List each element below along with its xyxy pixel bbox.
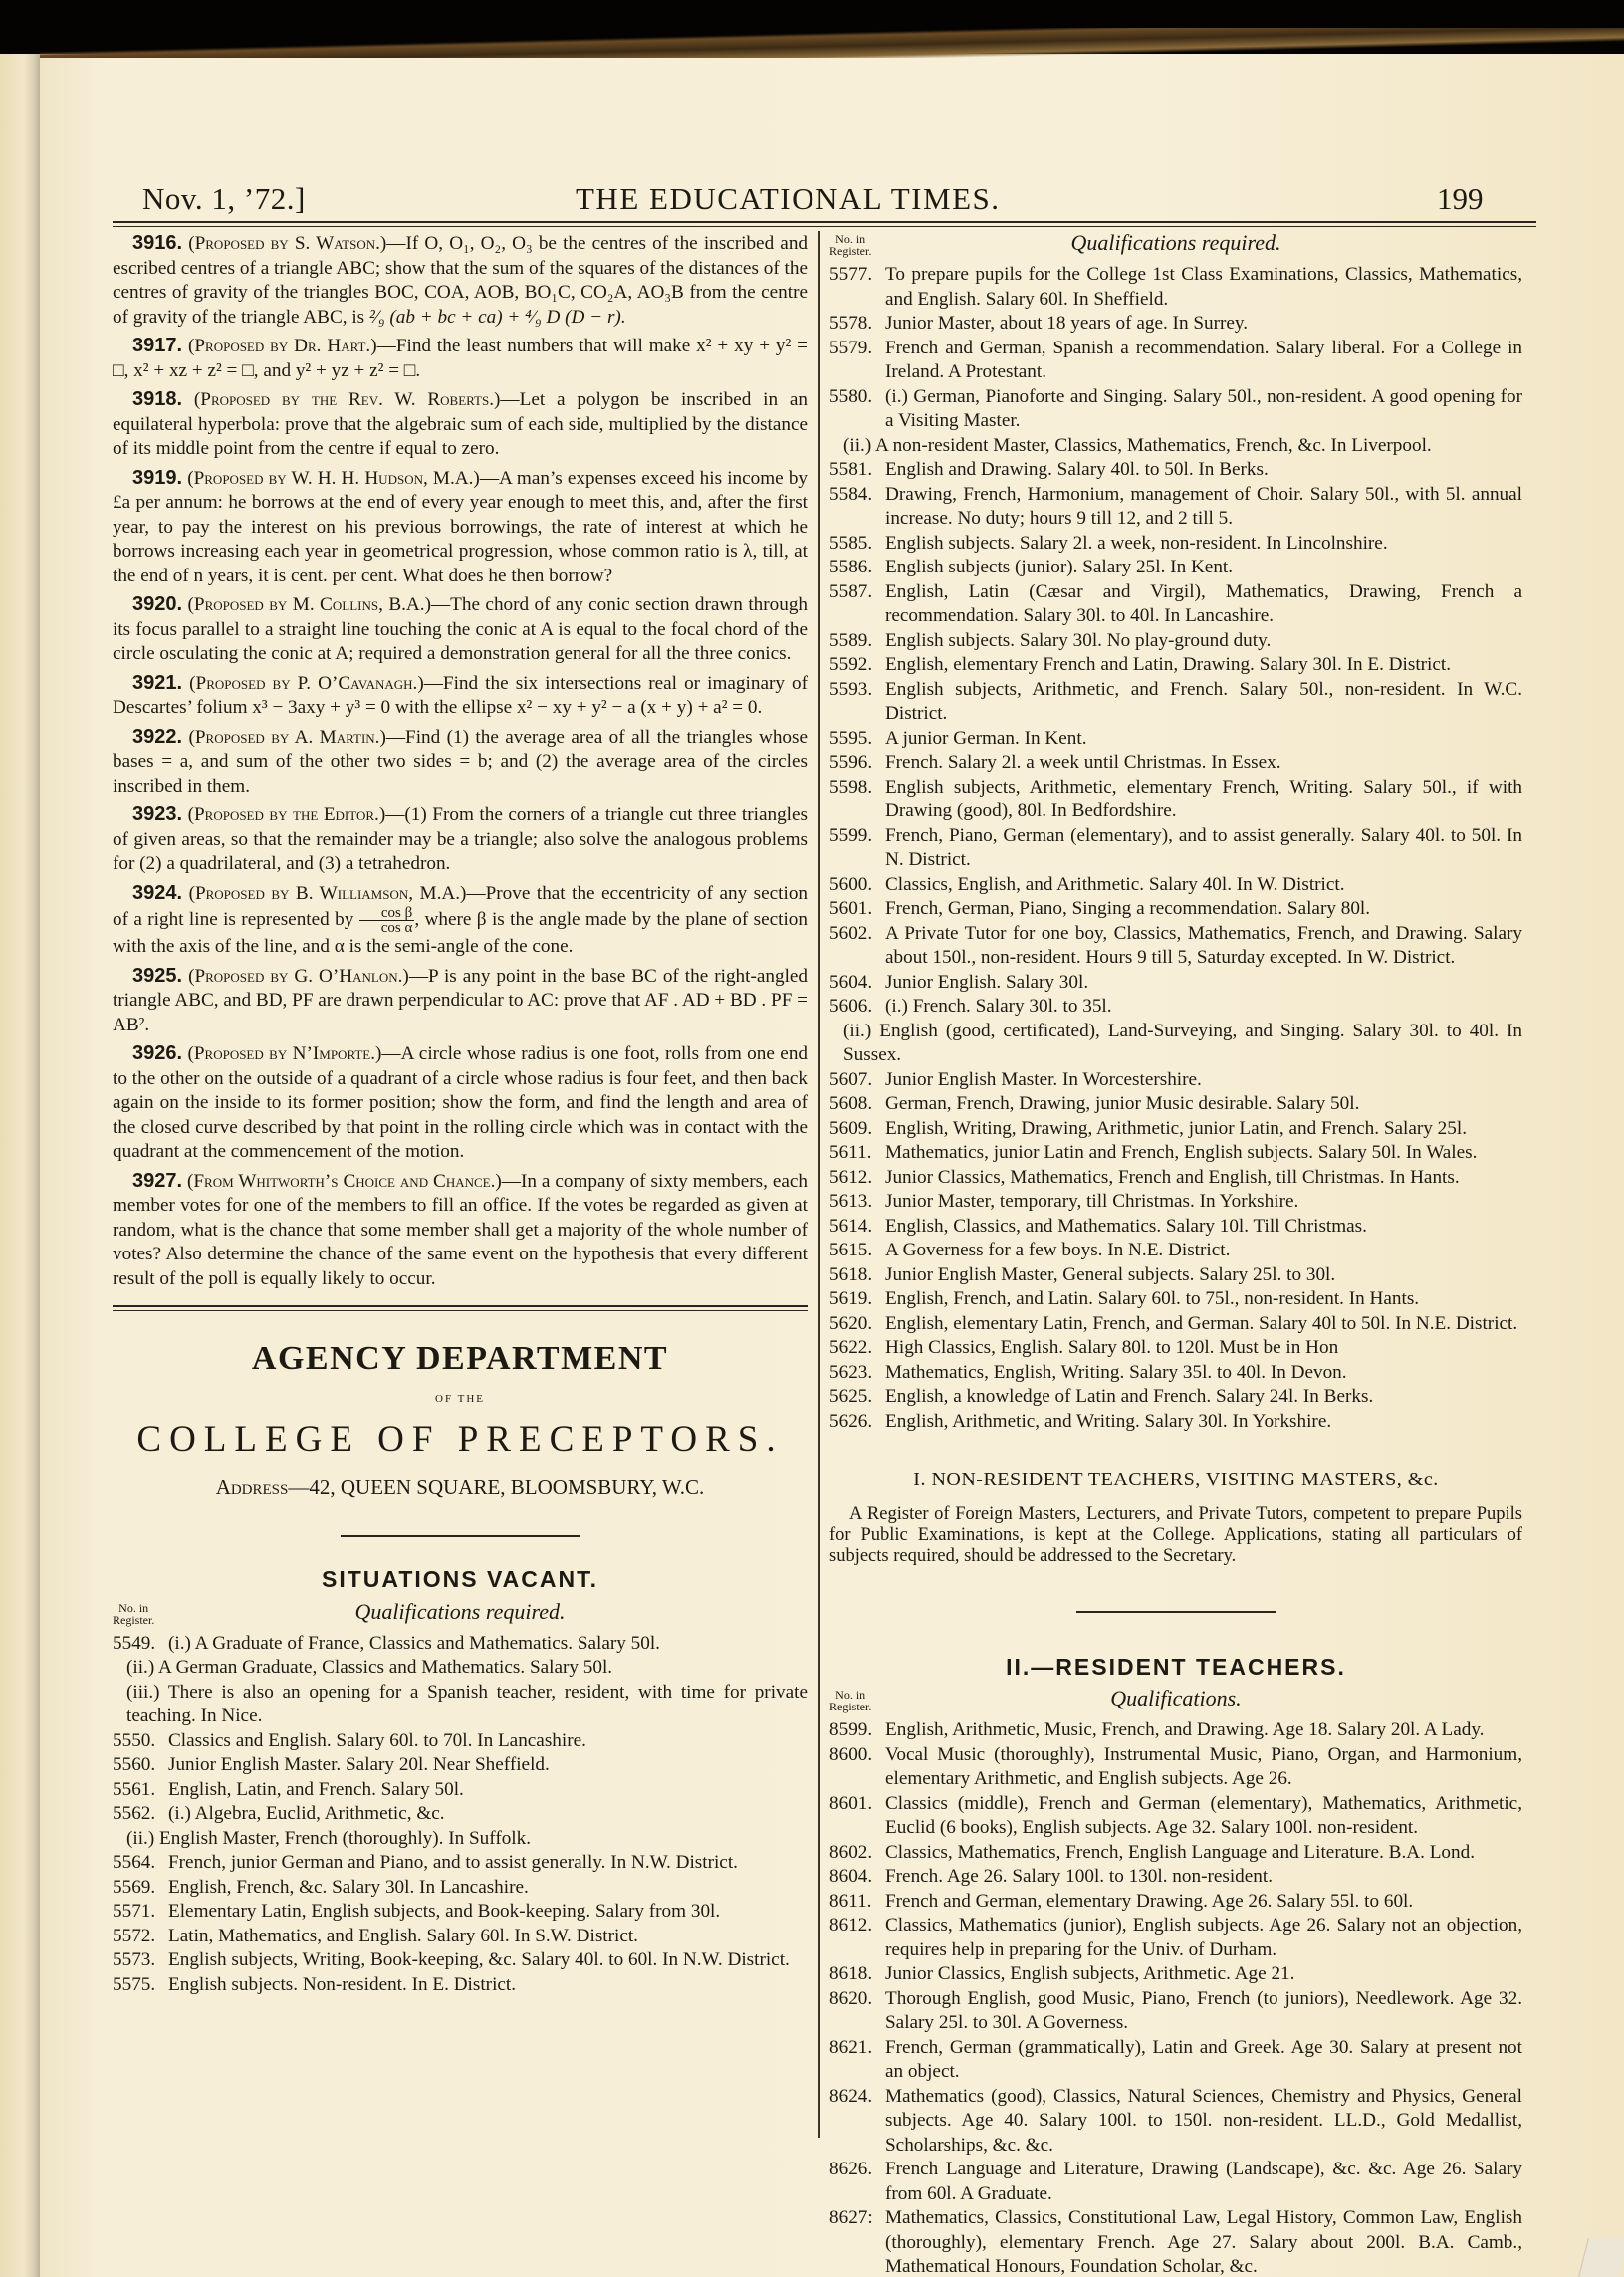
register-entry: 5592.English, elementary French and Lati…	[829, 653, 1522, 678]
register-number: 5601.	[829, 897, 872, 922]
entry-text: English, Writing, Drawing, Arithmetic, j…	[885, 1118, 1467, 1139]
entry-text: Elementary Latin, English subjects, and …	[168, 1901, 720, 1922]
register-entry: 5586.English subjects (junior). Salary 2…	[829, 556, 1522, 580]
register-entry: 8620.Thorough English, good Music, Piano…	[829, 1987, 1522, 2036]
entry-text: Junior English Master. In Worcestershire…	[885, 1069, 1202, 1090]
register-number: 5564.	[113, 1851, 155, 1876]
situations-list-left: 5549.(i.) A Graduate of France, Classics…	[113, 1632, 808, 1998]
register-entry: 5596.French. Salary 2l. a week until Chr…	[829, 751, 1522, 776]
problem-number: 3916.	[132, 232, 182, 254]
register-number: 5613.	[829, 1190, 872, 1215]
problem-number: 3917.	[132, 335, 182, 356]
register-entry: 5623.Mathematics, English, Writing. Sala…	[829, 1361, 1522, 1386]
fraction-denominator: cos α	[359, 921, 415, 935]
entry-text: Classics, Mathematics, French, English L…	[885, 1842, 1475, 1863]
issue-date: Nov. 1, ’72.]	[142, 181, 306, 217]
register-number: 5584.	[829, 483, 872, 508]
entry-text: English, elementary Latin, French, and G…	[885, 1313, 1517, 1334]
register-number: 5602.	[829, 922, 872, 947]
register-number: 8599.	[829, 1718, 872, 1743]
register-number: 5549.	[113, 1632, 155, 1657]
resident-teachers-heading: II.—RESIDENT TEACHERS.	[829, 1655, 1522, 1680]
problem-number: 3920.	[132, 593, 182, 615]
entry-text: Mathematics, junior Latin and French, En…	[885, 1142, 1477, 1163]
register-number: 5562.	[113, 1802, 155, 1827]
entry-text: A Private Tutor for one boy, Classics, M…	[885, 923, 1522, 969]
register-entry: 5608.German, French, Drawing, junior Mus…	[829, 1092, 1522, 1117]
register-entry: 5550.Classics and English. Salary 60l. t…	[113, 1729, 808, 1754]
register-entry: 5562.(i.) Algebra, Euclid, Arithmetic, &…	[113, 1802, 808, 1827]
entry-text: English, Latin (Cæsar and Virgil), Mathe…	[885, 581, 1522, 627]
register-entry: 5581.English and Drawing. Salary 40l. to…	[829, 458, 1522, 483]
entry-text: English, Latin, and French. Salary 50l.	[168, 1779, 464, 1800]
register-entry: 5577.To prepare pupils for the College 1…	[829, 263, 1522, 312]
entry-text: (i.) A Graduate of France, Classics and …	[168, 1633, 660, 1654]
register-entry: 5549.(i.) A Graduate of France, Classics…	[113, 1632, 808, 1657]
register-number: 8626.	[829, 2158, 872, 2182]
register-entry: 5572.Latin, Mathematics, and English. Sa…	[113, 1925, 808, 1949]
register-entry: 8601.Classics (middle), French and Germa…	[829, 1792, 1522, 1841]
problem-proposer: (Proposed by Dr. Hart.)	[188, 336, 377, 356]
entry-text: High Classics, English. Salary 80l. to 1…	[885, 1337, 1338, 1358]
entry-text: Mathematics (good), Classics, Natural Sc…	[885, 2086, 1522, 2156]
register-number: 5606.	[829, 995, 872, 1020]
entry-text: French, German, Piano, Singing a recomme…	[885, 898, 1370, 919]
entry-text: Junior Master, temporary, till Christmas…	[885, 1191, 1298, 1212]
register-number: 5560.	[113, 1753, 155, 1778]
register-number: 5561.	[113, 1778, 155, 1803]
register-number: 5577.	[829, 263, 872, 288]
register-entry: 5595.A junior German. In Kent.	[829, 727, 1522, 752]
problem-item: 3926. (Proposed by N’Importe.)—A circle …	[113, 1041, 808, 1165]
entry-text: (ii.) A non-resident Master, Classics, M…	[843, 435, 1432, 456]
formula-fraction: cos βcos α	[359, 906, 415, 935]
entry-text: Drawing, French, Harmonium, management o…	[885, 484, 1522, 530]
register-entry: (ii.) A non-resident Master, Classics, M…	[829, 434, 1522, 459]
problem-item: 3923. (Proposed by the Editor.)—(1) From…	[113, 802, 808, 877]
register-number: 5572.	[113, 1925, 155, 1949]
short-rule	[1076, 1611, 1276, 1613]
register-entry: (iii.) There is also an opening for a Sp…	[113, 1681, 808, 1729]
register-entry: 8612.Classics, Mathematics (junior), Eng…	[829, 1914, 1522, 1962]
register-number: 5612.	[829, 1166, 872, 1191]
entry-text: English, Classics, and Mathematics. Sala…	[885, 1216, 1367, 1237]
register-entry: 5604.Junior English. Salary 30l.	[829, 971, 1522, 996]
register-number: 8602.	[829, 1841, 872, 1866]
entry-text: English, Arithmetic, Music, French, and …	[885, 1719, 1484, 1740]
problem-number: 3923.	[132, 803, 182, 825]
problem-number: 3925.	[132, 965, 182, 987]
register-number: 8604.	[829, 1865, 872, 1890]
entry-text: English subjects. Non-resident. In E. Di…	[168, 1974, 516, 1995]
fraction-numerator: cos β	[359, 906, 415, 921]
register-number: 8611.	[829, 1890, 871, 1915]
problem-proposer: (Proposed by B. Williamson, M.A.)	[189, 883, 467, 904]
problem-item: 3922. (Proposed by A. Martin.)—Find (1) …	[113, 725, 808, 799]
entry-text: English, French, and Latin. Salary 60l. …	[885, 1288, 1419, 1309]
entry-text: English subjects. Salary 30l. No play-gr…	[885, 630, 1271, 651]
register-number: 8618.	[829, 1962, 872, 1987]
entry-text: (i.) Algebra, Euclid, Arithmetic, &c.	[168, 1803, 445, 1824]
problem-number: 3918.	[132, 388, 182, 410]
register-number: 5626.	[829, 1410, 872, 1435]
register-entry: 8621.French, German (grammatically), Lat…	[829, 2036, 1522, 2085]
entry-text: French and German, Spanish a recommendat…	[885, 338, 1522, 383]
register-number: 5609.	[829, 1117, 872, 1142]
non-resident-heading: I. NON-RESIDENT TEACHERS, VISITING MASTE…	[829, 1468, 1522, 1492]
entry-text: English, French, &c. Salary 30l. In Lanc…	[168, 1877, 529, 1898]
register-number: 5618.	[829, 1263, 872, 1288]
register-number: 5608.	[829, 1092, 872, 1117]
entry-text: A junior German. In Kent.	[885, 728, 1087, 749]
right-column: No. in Register. Qualifications required…	[829, 231, 1522, 2277]
problem-item: 3919. (Proposed by W. H. H. Hudson, M.A.…	[113, 466, 808, 589]
problem-item: 3918. (Proposed by the Rev. W. Roberts.)…	[113, 387, 808, 462]
register-entry: 8618.Junior Classics, English subjects, …	[829, 1962, 1522, 1987]
problem-item: 3921. (Proposed by P. O’Cavanagh.)—Find …	[113, 671, 808, 721]
register-number: 8600.	[829, 1743, 872, 1768]
problem-number: 3927.	[132, 1170, 182, 1192]
register-entry: 5579.French and German, Spanish a recomm…	[829, 337, 1522, 385]
register-entry: 8602.Classics, Mathematics, French, Engl…	[829, 1841, 1522, 1866]
register-entry: 5618.Junior English Master, General subj…	[829, 1263, 1522, 1288]
problem-item: 3924. (Proposed by B. Williamson, M.A.)—…	[113, 881, 808, 960]
register-number: 5599.	[829, 824, 872, 849]
register-number: 5550.	[113, 1729, 155, 1754]
register-entry: 5584.Drawing, French, Harmonium, managem…	[829, 483, 1522, 532]
non-resident-body: A Register of Foreign Masters, Lecturers…	[829, 1504, 1522, 1567]
register-number: 5619.	[829, 1287, 872, 1312]
entry-text: French Language and Literature, Drawing …	[885, 2159, 1522, 2204]
entry-text: English subjects, Arithmetic, and French…	[885, 679, 1522, 725]
register-number: 5575.	[113, 1973, 155, 1998]
register-entry: 5612.Junior Classics, Mathematics, Frenc…	[829, 1166, 1522, 1191]
entry-text: French, German (grammatically), Latin an…	[885, 2037, 1522, 2083]
register-number: 5625.	[829, 1385, 872, 1410]
register-entry: 5613.Junior Master, temporary, till Chri…	[829, 1190, 1522, 1215]
entry-text: Junior English Master, General subjects.…	[885, 1264, 1335, 1285]
problems-list: 3916. (Proposed by S. Watson.)—If O, O₁,…	[113, 231, 808, 1291]
register-number: 5581.	[829, 458, 872, 483]
register-number: 8621.	[829, 2036, 872, 2061]
column-divider	[818, 231, 820, 2138]
short-rule	[341, 1535, 580, 1537]
register-number: 5586.	[829, 556, 872, 580]
problem-proposer: (Proposed by N’Importe.)	[187, 1043, 381, 1064]
situations-list-right: 5577.To prepare pupils for the College 1…	[829, 263, 1522, 1434]
register-entry: 5587.English, Latin (Cæsar and Virgil), …	[829, 580, 1522, 629]
register-entry: 5600.Classics, English, and Arithmetic. …	[829, 873, 1522, 898]
register-number: 5593.	[829, 678, 872, 703]
entry-text: Junior English Master. Salary 20l. Near …	[168, 1754, 550, 1775]
register-number: 8624.	[829, 2085, 872, 2110]
problem-number: 3919.	[132, 467, 182, 489]
register-entry: 5619.English, French, and Latin. Salary …	[829, 1287, 1522, 1312]
problem-proposer: (Proposed by W. H. H. Hudson, M.A.)	[187, 468, 480, 489]
register-number: 5589.	[829, 629, 872, 654]
register-entry: 5606.(i.) French. Salary 30l. to 35l.	[829, 995, 1522, 1020]
problem-proposer: (Proposed by A. Martin.)	[188, 727, 385, 748]
problem-proposer: (Proposed by P. O’Cavanagh.)	[189, 673, 424, 694]
entry-text: French, Piano, German (elementary), and …	[885, 825, 1522, 871]
register-number: 5580.	[829, 385, 872, 410]
page-top-edge	[40, 28, 1624, 58]
problem-item: 3927. (From Whitworth’s Choice and Chanc…	[113, 1169, 808, 1292]
register-entry: 5626.English, Arithmetic, and Writing. S…	[829, 1410, 1522, 1435]
entry-text: German, French, Drawing, junior Music de…	[885, 1093, 1359, 1114]
problem-proposer: (Proposed by S. Watson.)	[188, 233, 386, 254]
register-number: 5623.	[829, 1361, 872, 1386]
problem-number: 3921.	[132, 672, 182, 694]
register-number: 8601.	[829, 1792, 872, 1817]
register-entry: 5614.English, Classics, and Mathematics.…	[829, 1215, 1522, 1240]
register-entry: 5589.English subjects. Salary 30l. No pl…	[829, 629, 1522, 654]
register-entry: 5561.English, Latin, and French. Salary …	[113, 1778, 808, 1803]
register-entry: 5569.English, French, &c. Salary 30l. In…	[113, 1876, 808, 1901]
register-entry: 8604.French. Age 26. Salary 100l. to 130…	[829, 1865, 1522, 1890]
register-number: 8612.	[829, 1914, 872, 1938]
register-entry: 5615.A Governess for a few boys. In N.E.…	[829, 1239, 1522, 1263]
register-number: 8627:	[829, 2206, 873, 2231]
entry-text: (ii.) A German Graduate, Classics and Ma…	[126, 1657, 612, 1678]
register-number: 5587.	[829, 580, 872, 605]
adjacent-page-edge	[0, 54, 40, 2277]
agency-title: AGENCY DEPARTMENT	[113, 1339, 808, 1379]
problem-proposer: (From Whitworth’s Choice and Chance.)	[187, 1171, 502, 1192]
register-entry: 5593.English subjects, Arithmetic, and F…	[829, 678, 1522, 727]
entry-text: French. Age 26. Salary 100l. to 130l. no…	[885, 1866, 1273, 1887]
register-entry: 5575.English subjects. Non-resident. In …	[113, 1973, 808, 1998]
entry-text: Thorough English, good Music, Piano, Fre…	[885, 1988, 1522, 2034]
entry-text: English, a knowledge of Latin and French…	[885, 1386, 1373, 1407]
register-entry: 8624.Mathematics (good), Classics, Natur…	[829, 2085, 1522, 2159]
register-number: 5585.	[829, 532, 872, 557]
resident-teachers-list: 8599.English, Arithmetic, Music, French,…	[829, 1718, 1522, 2277]
entry-text: Classics and English. Salary 60l. to 70l…	[168, 1730, 586, 1751]
problem-item: 3916. (Proposed by S. Watson.)—If O, O₁,…	[113, 231, 808, 330]
entry-text: Mathematics, English, Writing. Salary 35…	[885, 1362, 1347, 1383]
register-entry: 5609.English, Writing, Drawing, Arithmet…	[829, 1117, 1522, 1142]
entry-text: Latin, Mathematics, and English. Salary …	[168, 1926, 638, 1946]
situations-vacant-heading: SITUATIONS VACANT.	[113, 1567, 808, 1592]
register-entry: 5625.English, a knowledge of Latin and F…	[829, 1385, 1522, 1410]
entry-text: French. Salary 2l. a week until Christma…	[885, 752, 1281, 773]
register-entry: 5580.(i.) German, Pianoforte and Singing…	[829, 385, 1522, 434]
register-number: 5611.	[829, 1141, 871, 1166]
register-number: 5615.	[829, 1239, 872, 1263]
problem-number: 3924.	[132, 882, 182, 904]
entry-text: Junior English. Salary 30l.	[885, 972, 1088, 993]
register-entry: 5622.High Classics, English. Salary 80l.…	[829, 1336, 1522, 1361]
problem-proposer: (Proposed by G. O’Hanlon.)	[188, 966, 409, 987]
qualifications-label: Qualifications required.	[829, 231, 1522, 256]
register-entry: 5620.English, elementary Latin, French, …	[829, 1312, 1522, 1337]
register-entry: 5585.English subjects. Salary 2l. a week…	[829, 532, 1522, 557]
register-number: 5604.	[829, 971, 872, 996]
register-entry: 5571.Elementary Latin, English subjects,…	[113, 1900, 808, 1925]
entry-text: English, elementary French and Latin, Dr…	[885, 654, 1451, 675]
problem-number: 3926.	[132, 1042, 182, 1064]
entry-text: (ii.) English Master, French (thoroughly…	[126, 1828, 531, 1849]
resident-qualifications-header: No. in Register. Qualifications.	[829, 1687, 1522, 1718]
register-entry: 8611.French and German, elementary Drawi…	[829, 1890, 1522, 1915]
entry-text: English subjects (junior). Salary 25l. I…	[885, 557, 1233, 577]
register-number: 5620.	[829, 1312, 872, 1337]
publication-title: THE EDUCATIONAL TIMES.	[576, 181, 1001, 217]
register-entry: (ii.) English (good, certificated), Land…	[829, 1020, 1522, 1068]
register-entry: 8600.Vocal Music (thoroughly), Instrumen…	[829, 1743, 1522, 1792]
register-number: 5578.	[829, 312, 872, 337]
qualifications-header-continued: No. in Register. Qualifications required…	[829, 231, 1522, 263]
register-entry: 5599.French, Piano, German (elementary),…	[829, 824, 1522, 873]
section-double-rule	[113, 1305, 808, 1311]
problem-proposer: (Proposed by the Rev. W. Roberts.)	[194, 389, 501, 410]
register-entry: 5607.Junior English Master. In Worcester…	[829, 1068, 1522, 1093]
register-entry: 8626.French Language and Literature, Dra…	[829, 2158, 1522, 2206]
agency-of-the: OF THE	[113, 1387, 808, 1412]
entry-text: (ii.) English (good, certificated), Land…	[843, 1021, 1522, 1066]
register-entry: 5573.English subjects, Writing, Book-kee…	[113, 1948, 808, 1973]
problem-item: 3917. (Proposed by Dr. Hart.)—Find the l…	[113, 334, 808, 383]
register-number: 5600.	[829, 873, 872, 898]
register-entry: (ii.) A German Graduate, Classics and Ma…	[113, 1656, 808, 1681]
register-number: 5607.	[829, 1068, 872, 1093]
page-number: 199	[1437, 181, 1484, 217]
entry-text: Classics, English, and Arithmetic. Salar…	[885, 874, 1345, 895]
register-number: 5622.	[829, 1336, 872, 1361]
entry-text: English and Drawing. Salary 40l. to 50l.…	[885, 459, 1269, 480]
entry-text: English, Arithmetic, and Writing. Salary…	[885, 1411, 1331, 1432]
register-entry: 5602.A Private Tutor for one boy, Classi…	[829, 922, 1522, 971]
register-entry: 5598.English subjects, Arithmetic, eleme…	[829, 776, 1522, 824]
register-entry: 5564.French, junior German and Piano, an…	[113, 1851, 808, 1876]
entry-text: Junior Classics, English subjects, Arith…	[885, 1963, 1294, 1984]
problem-proposer: (Proposed by the Editor.)	[188, 804, 386, 825]
entry-text: Junior Classics, Mathematics, French and…	[885, 1167, 1460, 1188]
register-entry: 5560.Junior English Master. Salary 20l. …	[113, 1753, 808, 1778]
register-entry: 8599.English, Arithmetic, Music, French,…	[829, 1718, 1522, 1743]
problem-formula: ²⁄₉ (ab + bc + ca) + ⁴⁄₉ D (D − r).	[369, 307, 626, 328]
masthead: Nov. 1, ’72.] THE EDUCATIONAL TIMES. 199	[113, 181, 1536, 221]
masthead-rule	[113, 221, 1536, 227]
register-number: 5579.	[829, 337, 872, 361]
register-number: 5596.	[829, 751, 872, 776]
register-number: 5592.	[829, 653, 872, 678]
qualifications-label: Qualifications required.	[113, 1600, 808, 1625]
entry-text: A Governess for a few boys. In N.E. Dist…	[885, 1240, 1230, 1260]
register-number: 8620.	[829, 1987, 872, 2012]
register-entry: 5601.French, German, Piano, Singing a re…	[829, 897, 1522, 922]
entry-text: (i.) German, Pianoforte and Singing. Sal…	[885, 386, 1522, 432]
problem-number: 3922.	[132, 726, 182, 748]
entry-text: English subjects, Writing, Book-keeping,…	[168, 1949, 790, 1970]
entry-text: French and German, elementary Drawing. A…	[885, 1891, 1413, 1912]
entry-text: To prepare pupils for the College 1st Cl…	[885, 264, 1522, 310]
entry-text: Junior Master, about 18 years of age. In…	[885, 313, 1248, 334]
problem-proposer: (Proposed by M. Collins, B.A.)	[188, 594, 431, 615]
entry-text: (i.) French. Salary 30l. to 35l.	[885, 996, 1112, 1017]
register-entry: (ii.) English Master, French (thoroughly…	[113, 1827, 808, 1852]
entry-text: English subjects, Arithmetic, elementary…	[885, 777, 1522, 822]
register-number: 5573.	[113, 1948, 155, 1973]
entry-text: English subjects. Salary 2l. a week, non…	[885, 533, 1388, 554]
register-number: 5614.	[829, 1215, 872, 1240]
entry-text: French, junior German and Piano, and to …	[168, 1852, 738, 1873]
college-name: COLLEGE OF PRECEPTORS.	[113, 1418, 808, 1462]
college-address: Address—42, QUEEN SQUARE, BLOOMSBURY, W.…	[113, 1476, 808, 1500]
register-entry: 5611.Mathematics, junior Latin and Frenc…	[829, 1141, 1522, 1166]
qualifications-header: No. in Register. Qualifications required…	[113, 1600, 808, 1632]
left-column: 3916. (Proposed by S. Watson.)—If O, O₁,…	[113, 231, 808, 1997]
entry-text: (iii.) There is also an opening for a Sp…	[126, 1682, 808, 1727]
register-entry: 5578.Junior Master, about 18 years of ag…	[829, 312, 1522, 337]
problem-item: 3925. (Proposed by G. O’Hanlon.)—P is an…	[113, 964, 808, 1038]
entry-text: Classics, Mathematics (junior), English …	[885, 1915, 1522, 1960]
entry-text: Mathematics, Classics, Constitutional La…	[885, 2207, 1522, 2277]
register-entry: 8627:Mathematics, Classics, Constitution…	[829, 2206, 1522, 2277]
problem-item: 3920. (Proposed by M. Collins, B.A.)—The…	[113, 592, 808, 667]
register-number: 5571.	[113, 1900, 155, 1925]
qualifications-label: Qualifications.	[829, 1687, 1522, 1711]
register-number: 5598.	[829, 776, 872, 800]
register-number: 5595.	[829, 727, 872, 752]
entry-text: Classics (middle), French and German (el…	[885, 1793, 1522, 1839]
entry-text: Vocal Music (thoroughly), Instrumental M…	[885, 1744, 1522, 1790]
register-number: 5569.	[113, 1876, 155, 1901]
